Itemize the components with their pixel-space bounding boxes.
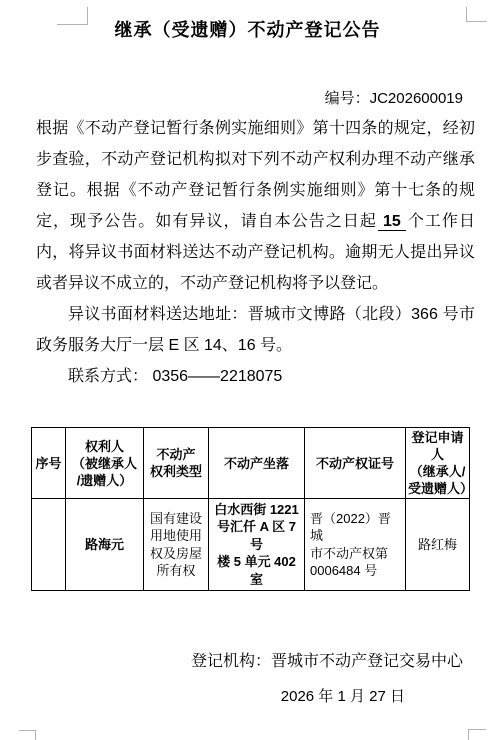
cell-property-location: 白水西街 1221 号汇仟 A 区 7 号 楼 5 单元 402 室 xyxy=(209,499,305,591)
crop-mark-top-left xyxy=(57,7,88,25)
table-header-row: 序号 权利人 （被继承人 /遗赠人） 不动产 权利类型 不动产坐落 不动产权证号… xyxy=(32,428,470,499)
table-row: 路海元 国有建设 用地使用 权及房屋 所有权 白水西街 1221 号汇仟 A 区… xyxy=(32,499,470,591)
col-header-property-location: 不动产坐落 xyxy=(209,428,305,499)
col-header-applicant: 登记申请人 （继承人/ 受遗赠人） xyxy=(406,428,470,499)
col-header-right-type: 不动产 权利类型 xyxy=(144,428,209,499)
delivery-address-paragraph: 异议书面材料送达地址：晋城市文博路（北段）366 号市政务服务大厅一层 E 区 … xyxy=(36,299,475,361)
registration-table: 序号 权利人 （被继承人 /遗赠人） 不动产 权利类型 不动产坐落 不动产权证号… xyxy=(31,427,470,591)
crop-mark-top-right xyxy=(466,7,487,22)
crop-mark-bottom-left xyxy=(19,730,36,740)
cell-right-type: 国有建设 用地使用 权及房屋 所有权 xyxy=(144,499,209,591)
crop-mark-bottom-right xyxy=(468,729,486,740)
col-header-rights-holder: 权利人 （被继承人 /遗赠人） xyxy=(66,428,144,499)
col-header-serial-number: 序号 xyxy=(32,428,66,499)
notice-date: 2026 年 1 月 27 日 xyxy=(0,687,495,707)
registration-authority: 登记机构：晋城市不动产登记交易中心 xyxy=(0,651,495,673)
doc-number-line: 编号：JC202600019 xyxy=(0,89,495,109)
cell-certificate-number: 晋（2022）晋城 市不动产权第 0006484 号 xyxy=(305,499,406,591)
col-header-certificate-number: 不动产权证号 xyxy=(305,428,406,499)
notice-document-page: 继承（受遗赠）不动产登记公告 编号：JC202600019 根据《不动产登记暂行… xyxy=(0,0,495,740)
doc-number-label: 编号： xyxy=(325,90,370,107)
notice-body: 根据《不动产登记暂行条例实施细则》第十四条的规定，经初步查验，不动产登记机构拟对… xyxy=(0,113,495,392)
notice-paragraph-main: 根据《不动产登记暂行条例实施细则》第十四条的规定，经初步查验，不动产登记机构拟对… xyxy=(36,113,475,299)
contact-paragraph: 联系方式： 0356——2218075 xyxy=(36,361,475,392)
cell-rights-holder: 路海元 xyxy=(66,499,144,591)
cell-serial-number xyxy=(32,499,66,591)
objection-days-value: 15 xyxy=(378,213,406,231)
doc-number-value: JC202600019 xyxy=(370,90,463,107)
cell-applicant: 路红梅 xyxy=(406,499,470,591)
